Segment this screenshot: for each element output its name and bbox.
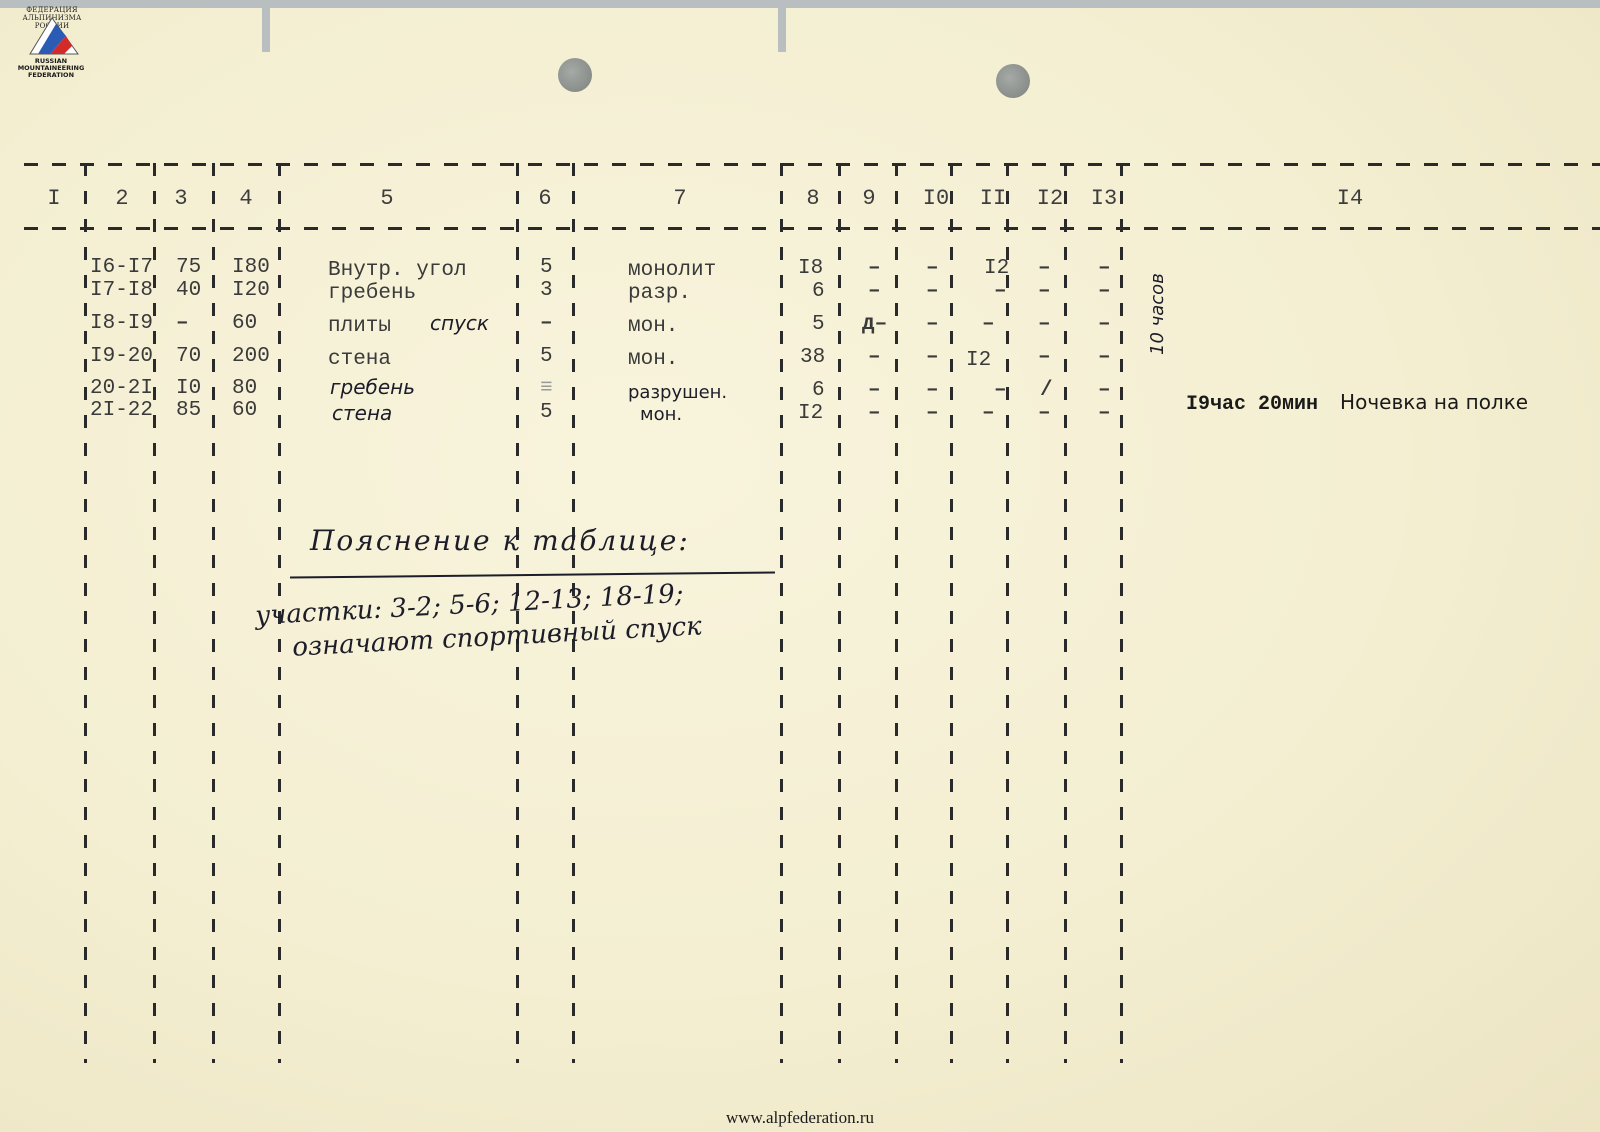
- explanation-title: Пояснение к таблице:: [310, 524, 690, 557]
- column-separator: [212, 163, 215, 1063]
- cell-section: I6-I7: [90, 257, 153, 279]
- cell-col13: –: [1098, 403, 1111, 425]
- column-header-10: I0: [923, 186, 949, 211]
- punch-hole: [558, 58, 592, 92]
- cell-section: I7-I8: [90, 280, 153, 302]
- column-header-14: I4: [1337, 186, 1363, 211]
- column-header-9: 9: [862, 186, 875, 211]
- cell-section: I8-I9: [90, 313, 153, 335]
- column-separator: [153, 163, 156, 1063]
- cell-col8: I8: [798, 258, 823, 280]
- time-note-rotated: 10 часов: [1147, 273, 1168, 355]
- column-header-8: 8: [806, 186, 819, 211]
- cell-rock: монолит: [628, 260, 716, 282]
- cell-angle: I80: [232, 257, 270, 279]
- cell-length: 70: [176, 346, 201, 368]
- bivouac-time: I9час 20мин: [1186, 393, 1318, 416]
- column-header-4: 4: [239, 186, 252, 211]
- bivouac-text: Ночевка на полке: [1340, 390, 1528, 414]
- cell-difficulty: 3: [540, 280, 553, 302]
- cell-col12: –: [1038, 258, 1051, 280]
- cell-col13: –: [1098, 347, 1111, 369]
- cell-col12: –: [1038, 314, 1051, 336]
- cell-rock: мон.: [628, 316, 678, 338]
- column-header-3: 3: [174, 186, 187, 211]
- column-header-11: II: [980, 186, 1006, 211]
- cell-length: 85: [176, 400, 201, 422]
- cell-col8: 6: [812, 380, 825, 402]
- bivouac-note: I9час 20мин Ночевка на полке: [1186, 390, 1528, 416]
- cell-col12: –: [1038, 403, 1051, 425]
- column-separator: [838, 163, 841, 1063]
- paper-tear: [262, 8, 270, 52]
- cell-rock: мон.: [640, 404, 682, 426]
- cell-angle: 200: [232, 346, 270, 368]
- cell-col9: –: [868, 347, 881, 369]
- federation-logo: ФЕДЕРАЦИЯ АЛЬПИНИЗМА РОССИИ RUSSIAN MOUN…: [6, 6, 96, 82]
- cell-rock: разр.: [628, 283, 691, 305]
- column-separator: [950, 163, 953, 1063]
- column-separator: [1064, 163, 1067, 1063]
- column-separator: [895, 163, 898, 1063]
- cell-col13: –: [1098, 380, 1111, 402]
- cell-col10: –: [926, 347, 939, 369]
- cell-section: 2I-22: [90, 400, 153, 422]
- cell-col10: –: [926, 403, 939, 425]
- cell-angle: 60: [232, 313, 257, 335]
- cell-length: 75: [176, 257, 201, 279]
- cell-col10: –: [926, 380, 939, 402]
- table-header-rule: [24, 227, 1600, 230]
- watermark-url: www.alpfederation.ru: [0, 1108, 1600, 1128]
- cell-col9: –: [868, 258, 881, 280]
- cell-col12: /: [1040, 380, 1053, 402]
- cell-col11: I2: [984, 258, 1009, 280]
- cell-difficulty: 5: [540, 402, 553, 424]
- mountain-flag-icon: [28, 14, 80, 56]
- cell-section: 20-2I: [90, 378, 153, 400]
- cell-col11: –: [994, 281, 1007, 303]
- column-header-7: 7: [673, 186, 686, 211]
- column-separator: [84, 163, 87, 1063]
- cell-col12: –: [1038, 281, 1051, 303]
- cell-difficulty: 5: [540, 346, 553, 368]
- cell-col9: –: [868, 380, 881, 402]
- cell-length: 40: [176, 280, 201, 302]
- cell-col10: –: [926, 314, 939, 336]
- cell-col10: –: [926, 281, 939, 303]
- cell-col9: д–: [862, 314, 887, 336]
- column-header-13: I3: [1091, 186, 1117, 211]
- cell-difficulty: –: [540, 313, 553, 335]
- logo-name: RUSSIAN MOUNTAINEERING FEDERATION: [6, 58, 96, 79]
- cell-length: I0: [176, 378, 201, 400]
- cell-col13: –: [1098, 314, 1111, 336]
- cell-relief-note: спуск: [430, 312, 489, 334]
- cell-col11: –: [982, 403, 995, 425]
- cell-angle: 80: [232, 378, 257, 400]
- paper-tear: [778, 8, 786, 52]
- cell-difficulty: 5: [540, 257, 553, 279]
- column-header-12: I2: [1037, 186, 1063, 211]
- cell-col8: 5: [812, 314, 825, 336]
- cell-col13: –: [1098, 258, 1111, 280]
- cell-col11: –: [982, 314, 995, 336]
- column-separator: [780, 163, 783, 1063]
- cell-rock: разрушен.: [628, 382, 727, 404]
- cell-relief: стена: [332, 402, 392, 424]
- column-header-5: 5: [380, 186, 393, 211]
- cell-length: –: [176, 313, 189, 335]
- cell-relief: гребень: [328, 283, 416, 305]
- document-page: [0, 8, 1600, 1132]
- cell-col8: 6: [812, 281, 825, 303]
- cell-col12: –: [1038, 347, 1051, 369]
- cell-col10: –: [926, 258, 939, 280]
- column-separator: [1120, 163, 1123, 1063]
- cell-col13: –: [1098, 281, 1111, 303]
- cell-angle: I20: [232, 280, 270, 302]
- cell-section: I9-20: [90, 346, 153, 368]
- cell-col9: –: [868, 281, 881, 303]
- cell-col11: I2: [966, 350, 991, 372]
- cell-rock: мон.: [628, 349, 678, 371]
- cell-relief: Внутр. угол: [328, 260, 467, 282]
- column-header-6: 6: [538, 186, 551, 211]
- cell-difficulty: ≡: [540, 378, 553, 400]
- cell-relief: плиты: [328, 316, 391, 338]
- punch-hole: [996, 64, 1030, 98]
- cell-angle: 60: [232, 400, 257, 422]
- cell-relief: гребень: [330, 376, 415, 398]
- cell-col8: I2: [798, 403, 823, 425]
- column-header-2: 2: [115, 186, 128, 211]
- cell-col11: –: [994, 380, 1007, 402]
- cell-col8: 38: [800, 347, 825, 369]
- table-top-rule: [24, 163, 1600, 166]
- column-header-1: I: [47, 186, 60, 211]
- cell-col9: –: [868, 403, 881, 425]
- cell-relief: стена: [328, 349, 391, 371]
